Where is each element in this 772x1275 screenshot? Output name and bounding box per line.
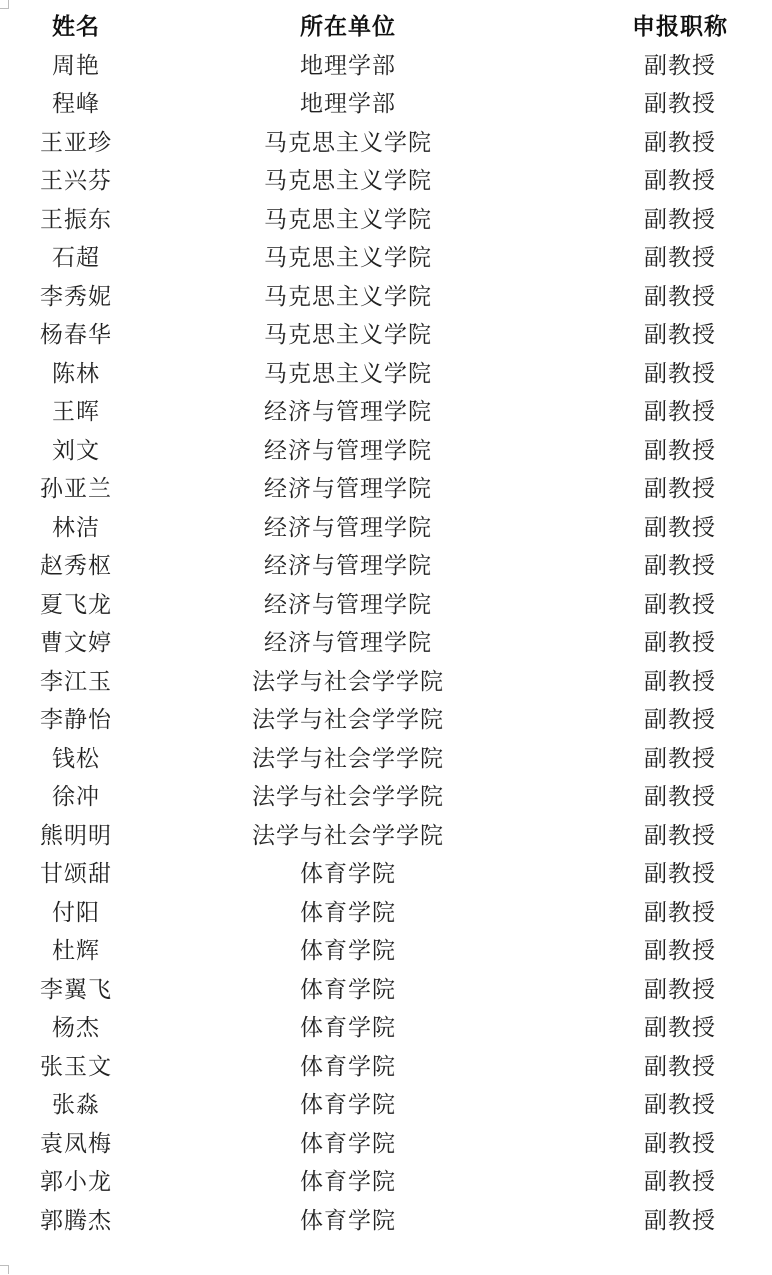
cell-unit: 体育学院 <box>218 1125 478 1164</box>
cell-name: 钱松 <box>16 740 136 779</box>
cell-unit: 经济与管理学院 <box>218 509 478 548</box>
cell-name: 夏飞龙 <box>16 586 136 625</box>
cell-title: 副教授 <box>620 778 740 817</box>
cell-unit: 体育学院 <box>218 1163 478 1202</box>
cell-unit: 法学与社会学学院 <box>218 701 478 740</box>
table-row: 王兴芬马克思主义学院副教授 <box>0 162 772 201</box>
cell-title: 副教授 <box>620 432 740 471</box>
cell-title: 副教授 <box>620 1048 740 1087</box>
page-corner-mark-bottom-left <box>0 1265 9 1274</box>
table-row: 李翼飞体育学院副教授 <box>0 971 772 1010</box>
cell-unit: 体育学院 <box>218 971 478 1010</box>
candidate-table: 姓名 所在单位 申报职称 周艳地理学部副教授程峰地理学部副教授王亚珍马克思主义学… <box>0 8 772 1240</box>
cell-name: 杨春华 <box>16 316 136 355</box>
cell-name: 张淼 <box>16 1086 136 1125</box>
cell-title: 副教授 <box>620 547 740 586</box>
cell-unit: 马克思主义学院 <box>218 316 478 355</box>
cell-unit: 马克思主义学院 <box>218 355 478 394</box>
table-row: 石超马克思主义学院副教授 <box>0 239 772 278</box>
cell-title: 副教授 <box>620 470 740 509</box>
cell-name: 杨杰 <box>16 1009 136 1048</box>
table-header-row: 姓名 所在单位 申报职称 <box>0 8 772 47</box>
cell-name: 赵秀枢 <box>16 547 136 586</box>
cell-name: 李秀妮 <box>16 278 136 317</box>
cell-unit: 体育学院 <box>218 1086 478 1125</box>
cell-title: 副教授 <box>620 509 740 548</box>
cell-title: 副教授 <box>620 1086 740 1125</box>
table-row: 甘颂甜体育学院副教授 <box>0 855 772 894</box>
cell-name: 李翼飞 <box>16 971 136 1010</box>
table-row: 钱松法学与社会学学院副教授 <box>0 740 772 779</box>
cell-name: 张玉文 <box>16 1048 136 1087</box>
table-row: 陈林马克思主义学院副教授 <box>0 355 772 394</box>
cell-unit: 马克思主义学院 <box>218 278 478 317</box>
table-row: 杜辉体育学院副教授 <box>0 932 772 971</box>
cell-title: 副教授 <box>620 355 740 394</box>
cell-title: 副教授 <box>620 740 740 779</box>
cell-title: 副教授 <box>620 47 740 86</box>
cell-name: 陈林 <box>16 355 136 394</box>
cell-unit: 法学与社会学学院 <box>218 817 478 856</box>
cell-unit: 经济与管理学院 <box>218 470 478 509</box>
column-header-unit: 所在单位 <box>218 8 478 47</box>
cell-unit: 经济与管理学院 <box>218 547 478 586</box>
cell-name: 周艳 <box>16 47 136 86</box>
table-body: 周艳地理学部副教授程峰地理学部副教授王亚珍马克思主义学院副教授王兴芬马克思主义学… <box>0 47 772 1241</box>
table-row: 林洁经济与管理学院副教授 <box>0 509 772 548</box>
table-row: 李江玉法学与社会学学院副教授 <box>0 663 772 702</box>
cell-name: 杜辉 <box>16 932 136 971</box>
table-row: 熊明明法学与社会学学院副教授 <box>0 817 772 856</box>
cell-unit: 马克思主义学院 <box>218 162 478 201</box>
cell-unit: 体育学院 <box>218 1009 478 1048</box>
table-row: 王振东马克思主义学院副教授 <box>0 201 772 240</box>
cell-name: 曹文婷 <box>16 624 136 663</box>
cell-name: 甘颂甜 <box>16 855 136 894</box>
cell-title: 副教授 <box>620 624 740 663</box>
cell-name: 程峰 <box>16 85 136 124</box>
cell-name: 袁凤梅 <box>16 1125 136 1164</box>
cell-name: 徐冲 <box>16 778 136 817</box>
cell-name: 王亚珍 <box>16 124 136 163</box>
column-header-name: 姓名 <box>16 8 136 47</box>
cell-unit: 马克思主义学院 <box>218 239 478 278</box>
table-row: 夏飞龙经济与管理学院副教授 <box>0 586 772 625</box>
cell-title: 副教授 <box>620 1009 740 1048</box>
table-row: 杨春华马克思主义学院副教授 <box>0 316 772 355</box>
cell-title: 副教授 <box>620 85 740 124</box>
cell-name: 王晖 <box>16 393 136 432</box>
table-row: 赵秀枢经济与管理学院副教授 <box>0 547 772 586</box>
cell-unit: 法学与社会学学院 <box>218 778 478 817</box>
column-header-title: 申报职称 <box>620 8 740 47</box>
table-row: 曹文婷经济与管理学院副教授 <box>0 624 772 663</box>
cell-title: 副教授 <box>620 1163 740 1202</box>
cell-unit: 地理学部 <box>218 85 478 124</box>
cell-unit: 体育学院 <box>218 1202 478 1241</box>
table-row: 李静怡法学与社会学学院副教授 <box>0 701 772 740</box>
cell-title: 副教授 <box>620 201 740 240</box>
table-row: 程峰地理学部副教授 <box>0 85 772 124</box>
table-row: 杨杰体育学院副教授 <box>0 1009 772 1048</box>
table-row: 袁凤梅体育学院副教授 <box>0 1125 772 1164</box>
cell-unit: 经济与管理学院 <box>218 586 478 625</box>
cell-title: 副教授 <box>620 1125 740 1164</box>
cell-name: 郭腾杰 <box>16 1202 136 1241</box>
cell-unit: 法学与社会学学院 <box>218 740 478 779</box>
cell-unit: 马克思主义学院 <box>218 124 478 163</box>
cell-unit: 体育学院 <box>218 932 478 971</box>
table-row: 孙亚兰经济与管理学院副教授 <box>0 470 772 509</box>
cell-title: 副教授 <box>620 855 740 894</box>
table-row: 徐冲法学与社会学学院副教授 <box>0 778 772 817</box>
cell-name: 李静怡 <box>16 701 136 740</box>
cell-name: 王振东 <box>16 201 136 240</box>
cell-unit: 法学与社会学学院 <box>218 663 478 702</box>
cell-title: 副教授 <box>620 162 740 201</box>
cell-title: 副教授 <box>620 701 740 740</box>
table-row: 王亚珍马克思主义学院副教授 <box>0 124 772 163</box>
cell-name: 王兴芬 <box>16 162 136 201</box>
table-row: 刘文经济与管理学院副教授 <box>0 432 772 471</box>
cell-title: 副教授 <box>620 1202 740 1241</box>
cell-unit: 经济与管理学院 <box>218 393 478 432</box>
cell-name: 付阳 <box>16 894 136 933</box>
cell-unit: 体育学院 <box>218 855 478 894</box>
cell-title: 副教授 <box>620 663 740 702</box>
cell-title: 副教授 <box>620 586 740 625</box>
cell-name: 林洁 <box>16 509 136 548</box>
cell-name: 孙亚兰 <box>16 470 136 509</box>
cell-unit: 马克思主义学院 <box>218 201 478 240</box>
cell-unit: 经济与管理学院 <box>218 432 478 471</box>
cell-name: 石超 <box>16 239 136 278</box>
cell-unit: 经济与管理学院 <box>218 624 478 663</box>
cell-title: 副教授 <box>620 894 740 933</box>
table-row: 张淼体育学院副教授 <box>0 1086 772 1125</box>
table-row: 郭腾杰体育学院副教授 <box>0 1202 772 1241</box>
cell-title: 副教授 <box>620 393 740 432</box>
table-row: 王晖经济与管理学院副教授 <box>0 393 772 432</box>
cell-unit: 体育学院 <box>218 894 478 933</box>
table-row: 郭小龙体育学院副教授 <box>0 1163 772 1202</box>
table-row: 张玉文体育学院副教授 <box>0 1048 772 1087</box>
cell-name: 刘文 <box>16 432 136 471</box>
cell-unit: 体育学院 <box>218 1048 478 1087</box>
cell-title: 副教授 <box>620 124 740 163</box>
cell-title: 副教授 <box>620 932 740 971</box>
cell-title: 副教授 <box>620 278 740 317</box>
cell-name: 李江玉 <box>16 663 136 702</box>
cell-title: 副教授 <box>620 239 740 278</box>
table-row: 周艳地理学部副教授 <box>0 47 772 86</box>
cell-unit: 地理学部 <box>218 47 478 86</box>
cell-title: 副教授 <box>620 971 740 1010</box>
table-row: 付阳体育学院副教授 <box>0 894 772 933</box>
cell-name: 熊明明 <box>16 817 136 856</box>
cell-title: 副教授 <box>620 817 740 856</box>
cell-title: 副教授 <box>620 316 740 355</box>
table-row: 李秀妮马克思主义学院副教授 <box>0 278 772 317</box>
cell-name: 郭小龙 <box>16 1163 136 1202</box>
